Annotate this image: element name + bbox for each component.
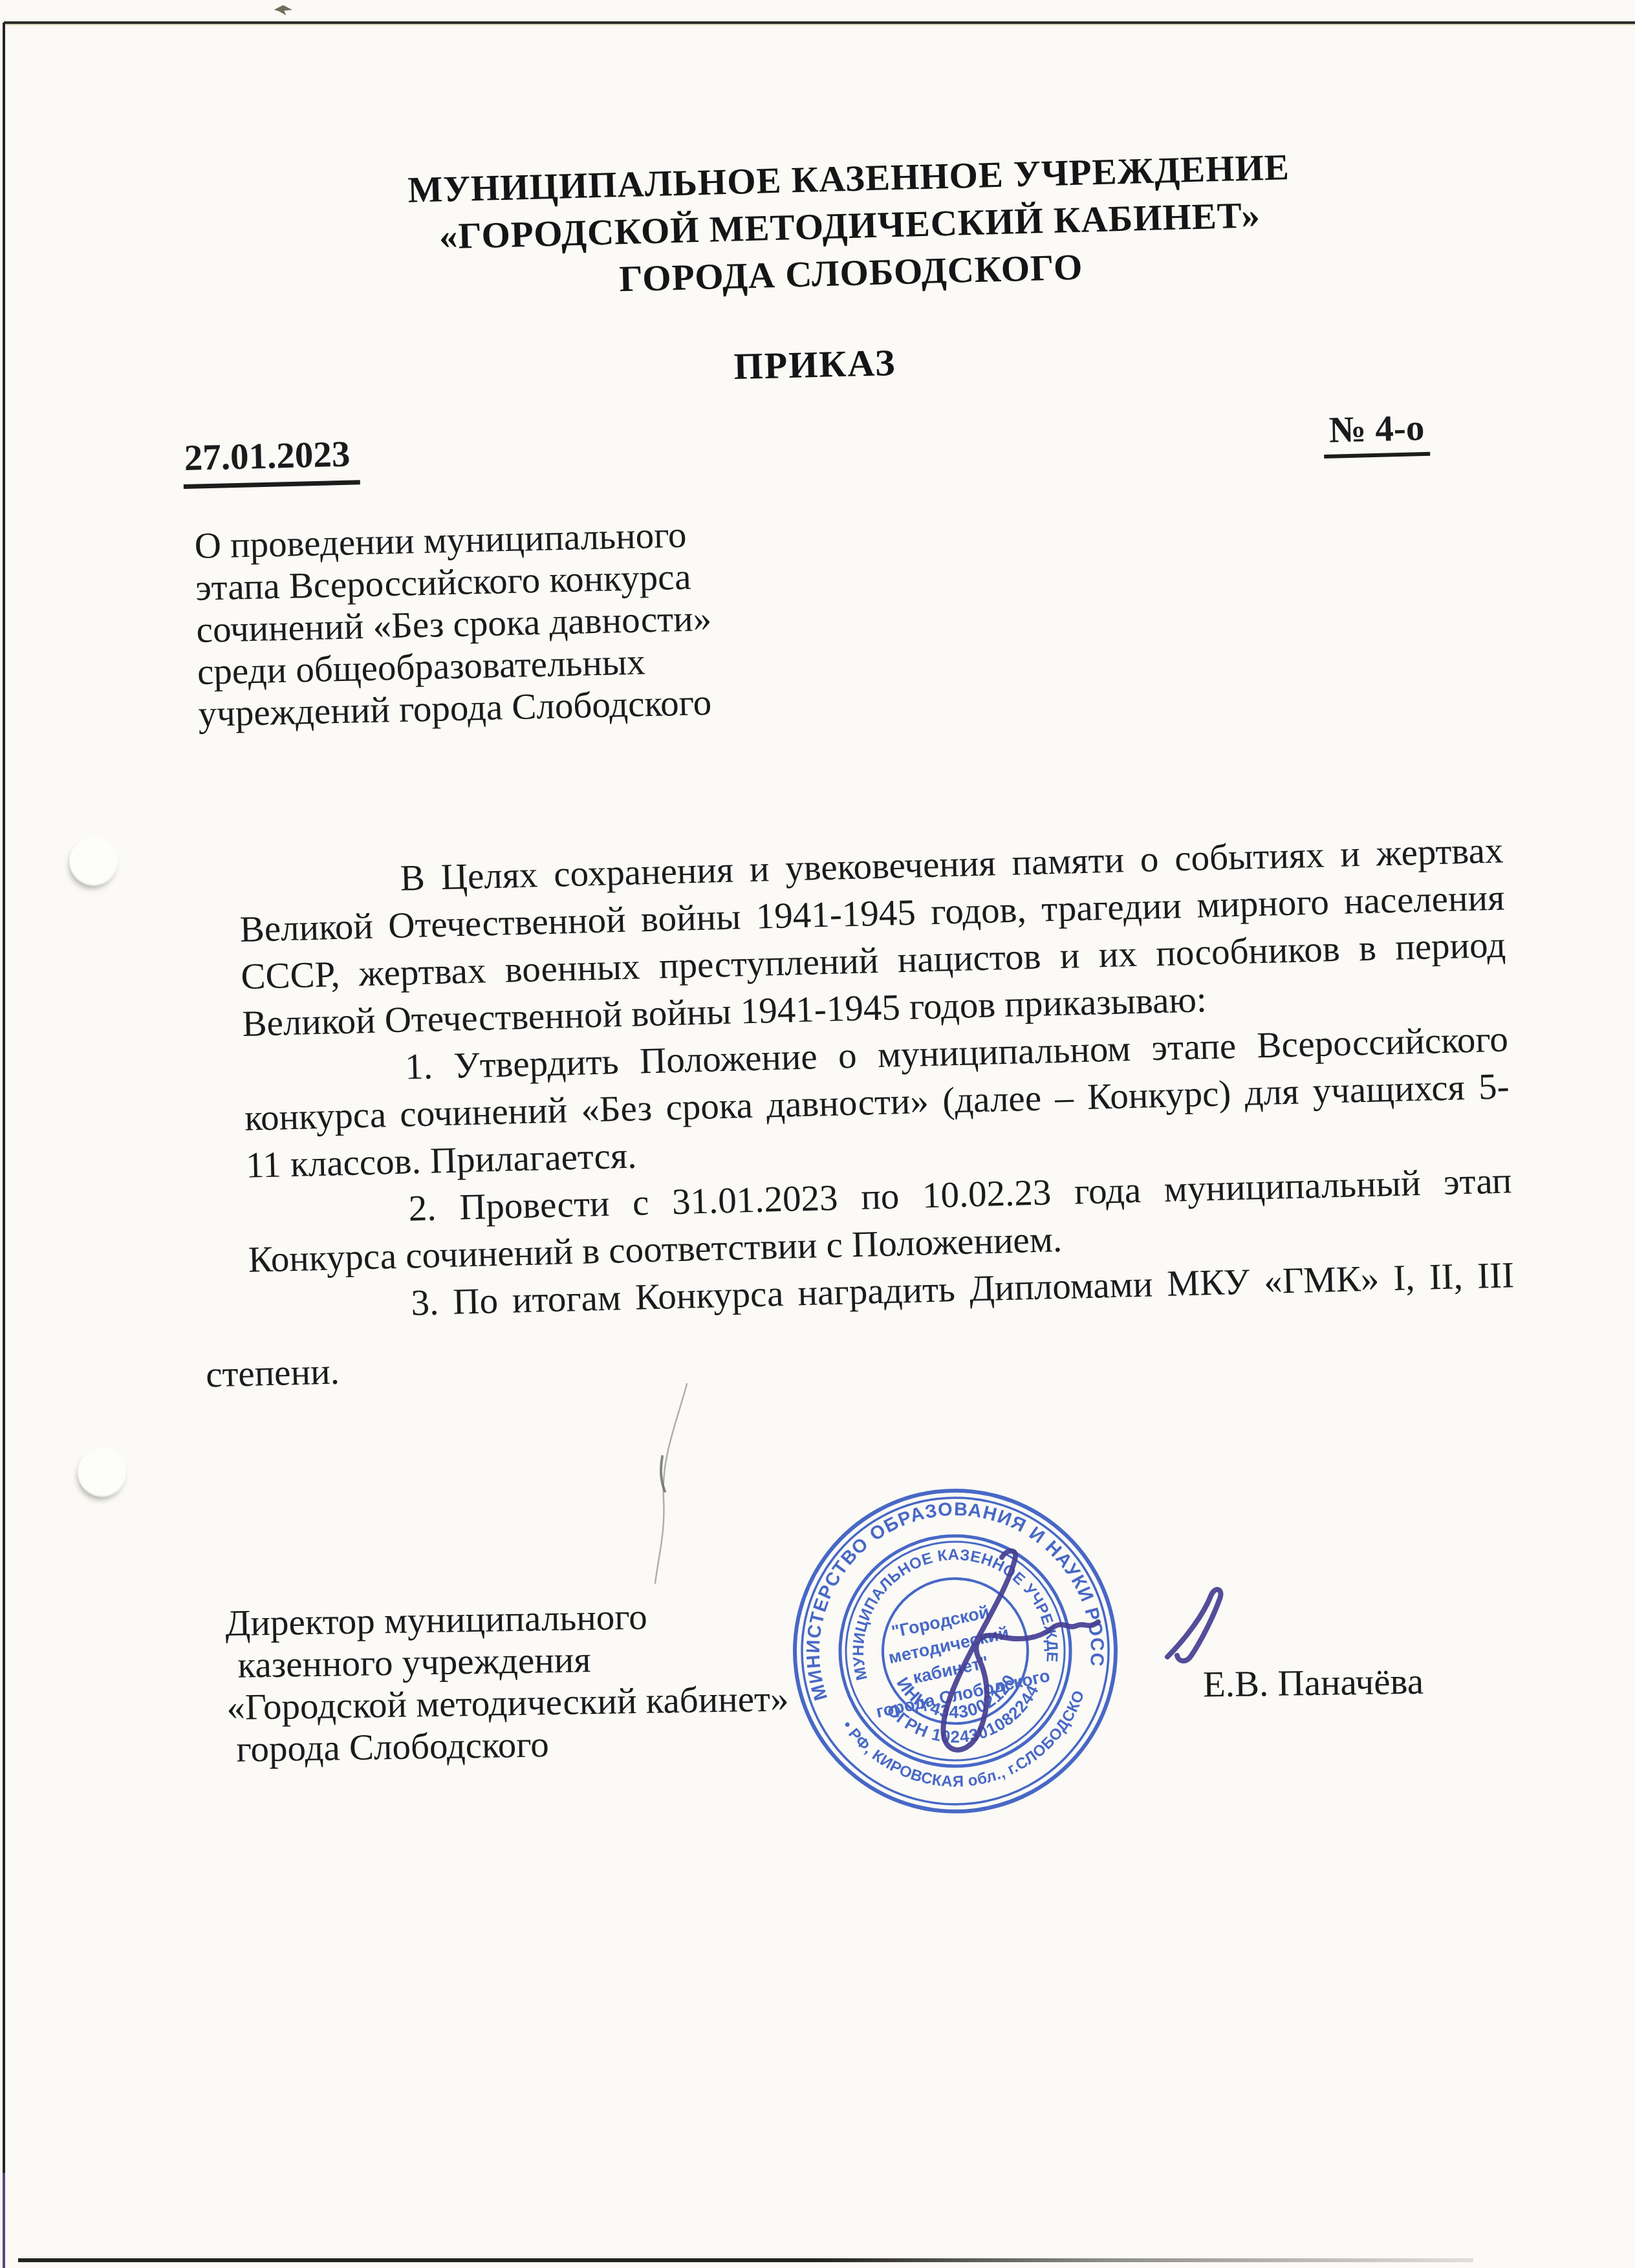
org-name-header: МУНИЦИПАЛЬНОЕ КАЗЕННОЕ УЧРЕЖДЕНИЕ«ГОРОДС…	[266, 140, 1433, 312]
document-type-title: ПРИКАЗ	[232, 329, 1397, 400]
scan-speck	[274, 4, 293, 16]
scan-edge-left	[3, 23, 5, 2268]
body-line: степени.	[205, 1318, 1516, 1398]
order-number: № 4-о	[1323, 407, 1430, 459]
hair-scratch-mark	[655, 1384, 687, 1583]
order-body: В Целях сохранения и увековечения памяти…	[238, 827, 1516, 1398]
signer-position: Директор муниципальногоказенного учрежде…	[225, 1593, 790, 1771]
scan-edge-bottom	[18, 2258, 1473, 2262]
signer-position-line: «Городской методический кабинет»	[226, 1678, 789, 1729]
signer-position-line: города Слободского	[236, 1720, 790, 1770]
round-stamp: МИНИСТЕРСТВО ОБРАЗОВАНИЯ И НАУКИ РОССИИ …	[764, 1460, 1147, 1842]
hole-punch-mark	[78, 1448, 127, 1497]
scan-edge-top	[4, 21, 1635, 24]
date-number-row: 27.01.2023 № 4-о	[182, 406, 1445, 495]
scan-edge-left-tint	[3, 2173, 5, 2268]
order-subject: О проведении муниципальногоэтапа Всеросс…	[194, 513, 714, 735]
body-paragraph: В Целях сохранения и увековечения памяти…	[238, 827, 1508, 1048]
order-date: 27.01.2023	[182, 433, 360, 489]
hole-punch-mark	[69, 837, 118, 886]
scanned-order-page: МУНИЦИПАЛЬНОЕ КАЗЕННОЕ УЧРЕЖДЕНИЕ«ГОРОДС…	[0, 0, 1635, 2268]
hair-scratch-mark-dark	[661, 1456, 665, 1491]
signer-name: Е.В. Паначёва	[1203, 1661, 1424, 1706]
